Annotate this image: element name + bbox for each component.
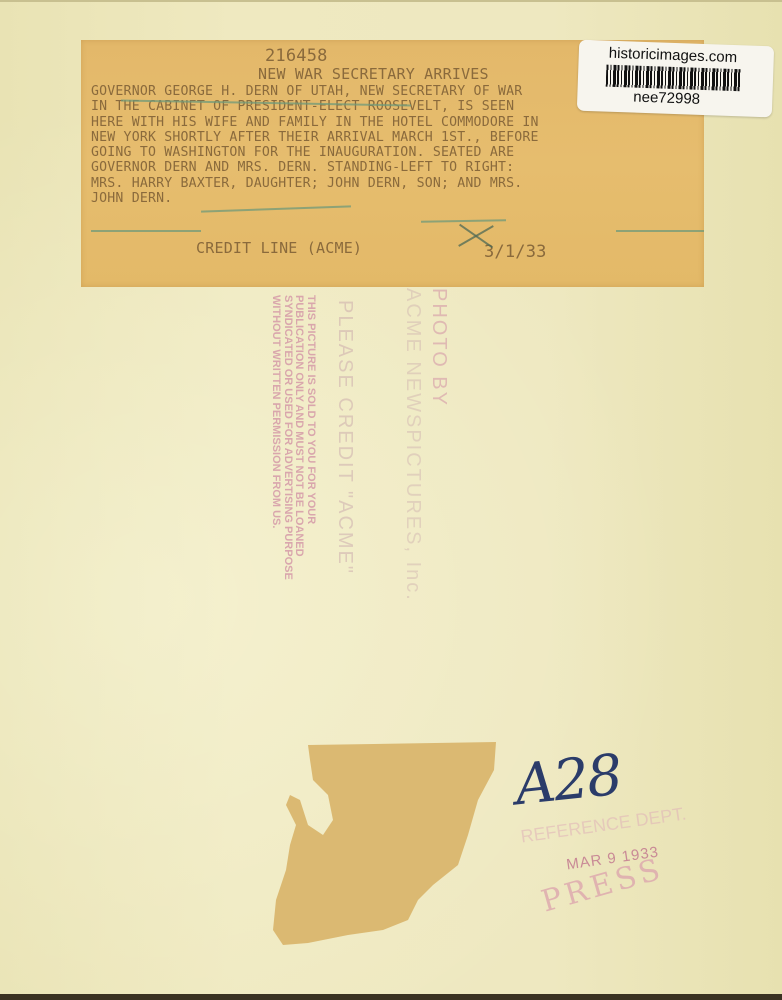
caption-line: NEW YORK SHORTLY AFTER THEIR ARRIVAL MAR… [91, 130, 539, 145]
rights-line: PUBLICATION ONLY AND MUST NOT BE LOANED [294, 295, 306, 557]
rights-line: THIS PICTURE IS SOLD TO YOU FOR YOUR [305, 295, 317, 524]
pen-underline [91, 230, 201, 232]
scan-bottom-edge [0, 994, 782, 1000]
usage-rights-stamp: THIS PICTURE IS SOLD TO YOU FOR YOUR PUB… [270, 295, 316, 580]
caption-line: GOVERNOR GEORGE H. DERN OF UTAH, NEW SEC… [91, 84, 522, 99]
scan-top-edge [0, 0, 782, 2]
caption-credit: CREDIT LINE (ACME) [196, 240, 362, 256]
barcode-icon [606, 65, 742, 92]
caption-line: GOVERNOR DERN AND MRS. DERN. STANDING-LE… [91, 160, 514, 175]
label-id: nee72998 [633, 89, 700, 108]
caption-line: GOING TO WASHINGTON FOR THE INAUGURATION… [91, 145, 514, 160]
caption-date: 3/1/33 [484, 244, 547, 260]
caption-line: MRS. HARRY BAXTER, DAUGHTER; JOHN DERN, … [91, 176, 522, 191]
archive-barcode-label: historicimages.com nee72998 [577, 40, 774, 118]
credit-acme-stamp: PLEASE CREDIT "ACME" [333, 300, 356, 575]
handwritten-code: A28 [512, 743, 624, 819]
rights-line: WITHOUT WRITTEN PERMISSION FROM US. [271, 295, 283, 528]
rights-line: SYNDICATED OR USED FOR ADVERTISING PURPO… [282, 295, 294, 580]
label-site: historicimages.com [609, 45, 738, 66]
pen-underline [201, 205, 351, 212]
water-stain [268, 740, 500, 945]
caption-number: 216458 [265, 48, 328, 64]
caption-line: JOHN DERN. [91, 191, 172, 206]
caption-line: HERE WITH HIS WIFE AND FAMILY IN THE HOT… [91, 115, 539, 130]
acme-newspictures-stamp: ACME NEWSPICTURES, Inc. [401, 288, 424, 602]
pen-underline [421, 219, 506, 222]
photo-by-stamp: PHOTO BY [427, 288, 450, 407]
pen-underline [616, 230, 704, 232]
caption-headline: NEW WAR SECRETARY ARRIVES [258, 66, 489, 82]
